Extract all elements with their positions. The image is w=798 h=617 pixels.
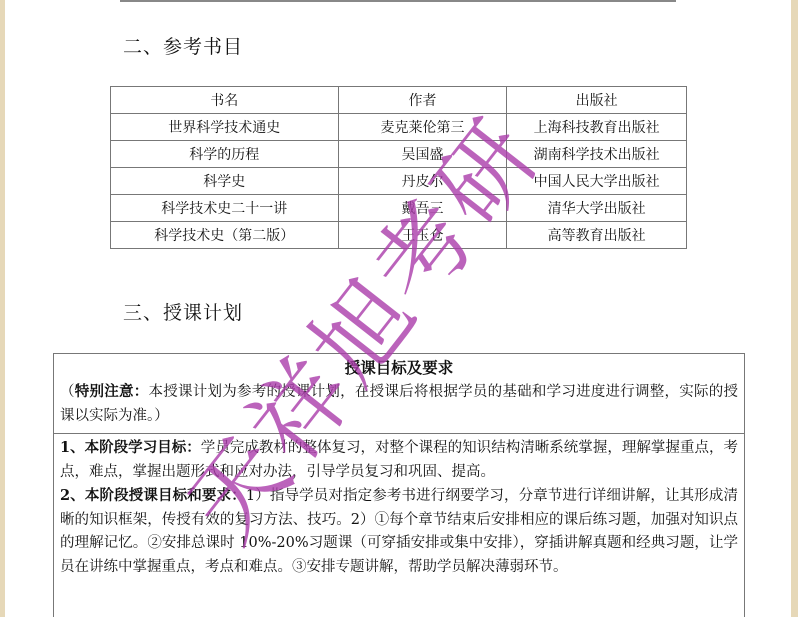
book-publisher: 湖南科学技术出版社 xyxy=(507,141,687,168)
header-publisher: 出版社 xyxy=(507,87,687,114)
book-author: 戴吾三 xyxy=(338,195,507,222)
page-edge-right xyxy=(791,0,798,617)
table-row: 世界科学技术通史 麦克莱伦第三 上海科技教育出版社 xyxy=(111,114,687,141)
special-note: （特别注意：本授课计划为参考的授课计划，在授课后将根据学员的基础和学习进度进行调… xyxy=(60,380,738,428)
table-row: 科学史 丹皮尔 中国人民大学出版社 xyxy=(111,168,687,195)
book-publisher: 上海科技教育出版社 xyxy=(507,114,687,141)
book-publisher: 清华大学出版社 xyxy=(507,195,687,222)
book-title: 科学的历程 xyxy=(111,141,339,168)
item2-label: 2、本阶段授课目标和要求： xyxy=(60,487,246,504)
table-row: 科学技术史二十一讲 戴吾三 清华大学出版社 xyxy=(111,195,687,222)
header-book-title: 书名 xyxy=(111,87,339,114)
teaching-plan-box: 授课目标及要求 （特别注意：本授课计划为参考的授课计划，在授课后将根据学员的基础… xyxy=(53,353,745,617)
top-rule xyxy=(120,0,676,2)
page-edge-left xyxy=(0,0,5,617)
reference-books-table: 书名 作者 出版社 世界科学技术通史 麦克莱伦第三 上海科技教育出版社 科学的历… xyxy=(110,86,687,249)
section-title-teaching-plan: 三、授课计划 xyxy=(123,298,243,325)
table-row: 科学的历程 吴国盛 湖南科学技术出版社 xyxy=(111,141,687,168)
item1-label: 1、本阶段学习目标： xyxy=(60,439,201,456)
note-prefix: （ xyxy=(60,384,75,400)
section-title-references: 二、参考书目 xyxy=(123,32,243,59)
plan-body: 1、本阶段学习目标：学员完成教材的整体复习，对整个课程的知识结构清晰系统掌握，理… xyxy=(54,434,744,579)
book-publisher: 高等教育出版社 xyxy=(507,222,687,249)
book-author: 麦克莱伦第三 xyxy=(338,114,507,141)
table-header-row: 书名 作者 出版社 xyxy=(111,87,687,114)
plan-item-1: 1、本阶段学习目标：学员完成教材的整体复习，对整个课程的知识结构清晰系统掌握，理… xyxy=(60,436,738,484)
note-text: 本授课计划为参考的授课计划，在授课后将根据学员的基础和学习进度进行调整，实际的授… xyxy=(60,384,738,424)
book-title: 科学史 xyxy=(111,168,339,195)
book-title: 科学技术史二十一讲 xyxy=(111,195,339,222)
book-title: 科学技术史（第二版） xyxy=(111,222,339,249)
table-row: 科学技术史（第二版） 王玉仓 高等教育出版社 xyxy=(111,222,687,249)
book-title: 世界科学技术通史 xyxy=(111,114,339,141)
plan-header: 授课目标及要求 （特别注意：本授课计划为参考的授课计划，在授课后将根据学员的基础… xyxy=(54,356,744,434)
book-publisher: 中国人民大学出版社 xyxy=(507,168,687,195)
note-label: 特别注意： xyxy=(75,383,149,400)
header-author: 作者 xyxy=(338,87,507,114)
book-author: 王玉仓 xyxy=(338,222,507,249)
book-author: 吴国盛 xyxy=(338,141,507,168)
plan-heading: 授课目标及要求 xyxy=(60,356,738,380)
book-author: 丹皮尔 xyxy=(338,168,507,195)
plan-item-2: 2、本阶段授课目标和要求：1）指导学员对指定参考书进行纲要学习，分章节进行详细讲… xyxy=(60,484,738,579)
